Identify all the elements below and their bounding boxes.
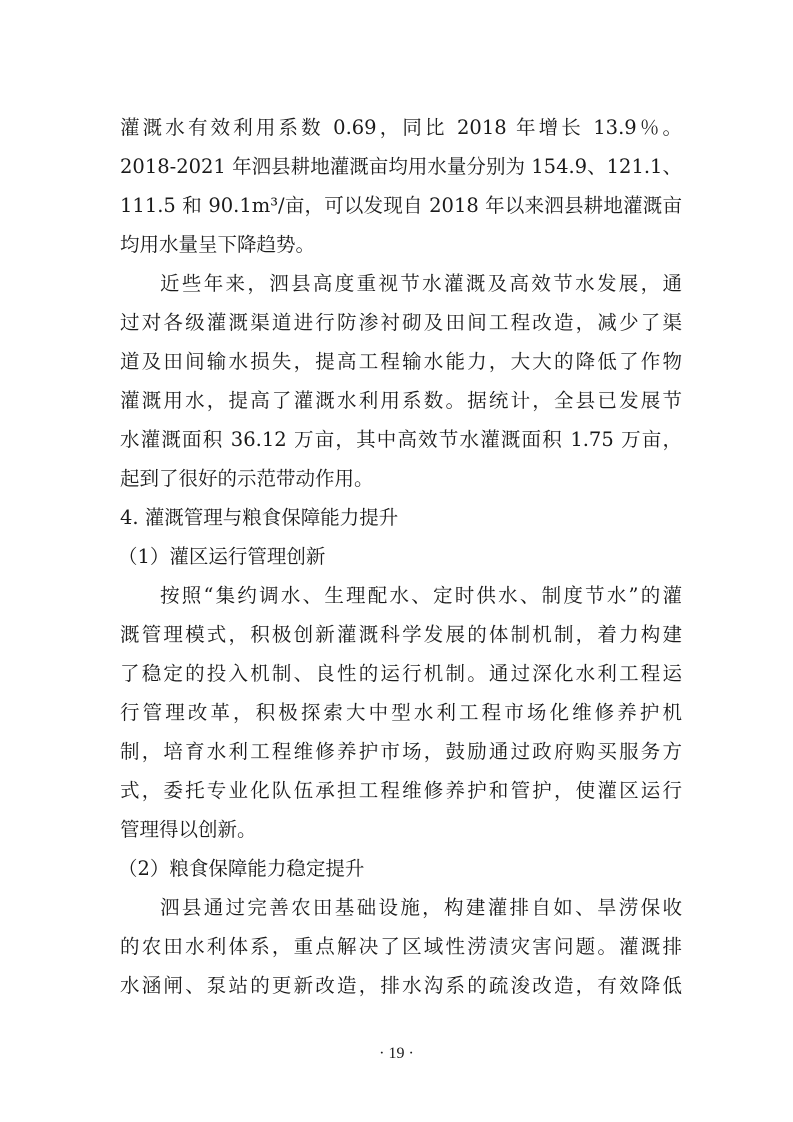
section-heading: 4. 灌溉管理与粮食保障能力提升 [120,506,682,530]
subsection-heading: （2）粮食保障能力稳定提升 [118,857,680,881]
text-line: 均用水量呈下降趋势。 [120,233,682,257]
text-line: 灌溉水有效利用系数 0.69，同比 2018 年增长 13.9％。 [120,116,682,140]
text-line: 溉管理模式，积极创新灌溉科学发展的体制机制，着力构建 [120,623,682,647]
document-page: 灌溉水有效利用系数 0.69，同比 2018 年增长 13.9％。 2018-2… [0,0,793,1122]
subsection-heading: （1）灌区运行管理创新 [118,545,680,569]
text-line: 的农田水利体系，重点解决了区域性涝渍灾害问题。灌溉排 [120,935,682,959]
text-line: 水灌溉面积 36.12 万亩，其中高效节水灌溉面积 1.75 万亩， [120,428,682,452]
text-line: 道及田间输水损失，提高工程输水能力，大大的降低了作物 [120,350,682,374]
text-line: 2018-2021 年泗县耕地灌溉亩均用水量分别为 154.9、121.1、 [120,155,682,179]
text-line: 了稳定的投入机制、良性的运行机制。通过深化水利工程运 [120,662,682,686]
text-line: 制，培育水利工程维修养护市场，鼓励通过政府购买服务方 [120,740,682,764]
text-line: 起到了很好的示范带动作用。 [120,467,682,491]
text-line: 灌溉用水，提高了灌溉水利用系数。据统计，全县已发展节 [120,389,682,413]
text-line: 式，委托专业化队伍承担工程维修养护和管护，使灌区运行 [120,779,682,803]
text-line: 行管理改革，积极探索大中型水利工程市场化维修养护机 [120,701,682,725]
text-line: 按照“集约调水、生理配水、定时供水、制度节水”的灌 [160,584,682,608]
text-line: 近些年来，泗县高度重视节水灌溉及高效节水发展，通 [160,272,682,296]
page-number: · 19 · [0,1045,793,1063]
text-line: 水涵闸、泵站的更新改造，排水沟系的疏浚改造，有效降低 [120,974,682,998]
text-line: 管理得以创新。 [120,818,682,842]
text-line: 泗县通过完善农田基础设施，构建灌排自如、旱涝保收 [160,896,682,920]
text-line: 111.5 和 90.1m³/亩，可以发现自 2018 年以来泗县耕地灌溉亩 [120,194,682,218]
text-line: 过对各级灌溉渠道进行防渗衬砌及田间工程改造，减少了渠 [120,311,682,335]
